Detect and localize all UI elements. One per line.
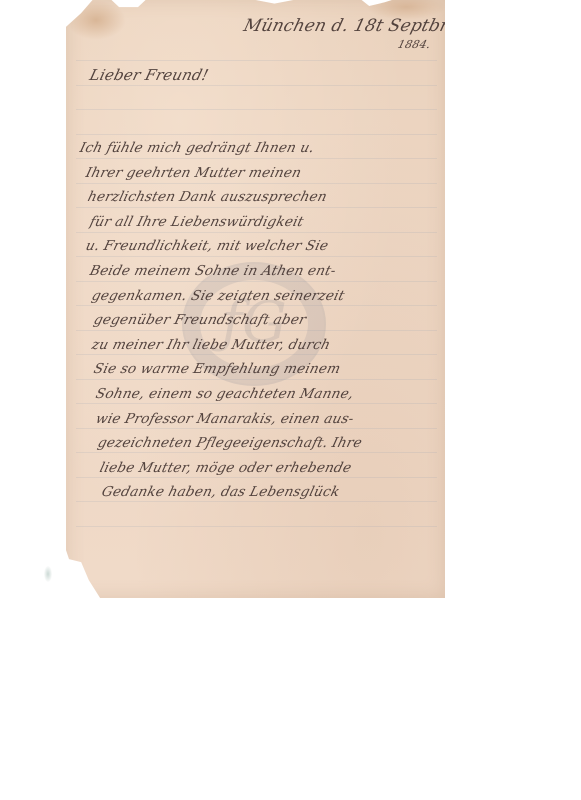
ruled-line	[76, 501, 437, 502]
letter-sheet: ƒG München d. 18t Septbr 1884. Lieber Fr…	[66, 0, 445, 598]
paper-stain	[66, 0, 126, 40]
ruled-line	[76, 85, 437, 86]
letter-body-line: Ich fühle mich gedrängt Ihnen u.	[78, 140, 432, 156]
letter-body-line: Sohne, einem so geachteten Manne,	[94, 386, 448, 402]
letter-year: 1884.	[396, 38, 432, 51]
letter-body-line: liebe Mutter, möge oder erhebende	[98, 460, 452, 476]
letter-body-line: für all Ihre Liebenswürdigkeit	[88, 214, 442, 230]
letter-body-line: zu meiner Ihr liebe Mutter, durch	[90, 337, 444, 353]
letter-salutation: Lieber Freund!	[88, 66, 211, 84]
ruled-line	[76, 158, 437, 159]
ruled-line	[76, 134, 437, 135]
ruled-line	[76, 207, 437, 208]
ruled-line	[76, 109, 437, 110]
letter-body-line: gegenkamen. Sie zeigten seinerzeit	[90, 288, 444, 304]
letter-body-line: herzlichsten Dank auszusprechen	[86, 189, 440, 205]
letter-body-line: u. Freundlichkeit, mit welcher Sie	[84, 238, 438, 254]
letter-body-line: Beide meinem Sohne in Athen ent-	[88, 263, 442, 279]
ruled-line	[76, 477, 437, 478]
ruled-line	[76, 256, 437, 257]
scan-background: ƒG München d. 18t Septbr 1884. Lieber Fr…	[0, 0, 581, 800]
ruled-line	[76, 428, 437, 429]
letter-place-date: München d. 18t Septbr	[242, 16, 451, 36]
letter-body-line: gegenüber Freundschaft aber	[92, 312, 446, 328]
letter-body-line: Sie so warme Empfehlung meinem	[92, 361, 446, 377]
ruled-line	[76, 183, 437, 184]
ruled-line	[76, 526, 437, 527]
ruled-line	[76, 232, 437, 233]
ruled-line	[76, 403, 437, 404]
ruled-line	[76, 60, 437, 61]
letter-body-line: Ihrer geehrten Mutter meinen	[84, 165, 438, 181]
letter-body-line: gezeichneten Pflegeeigenschaft. Ihre	[96, 435, 450, 451]
letter-body-line: wie Professor Manarakis, einen aus-	[94, 411, 448, 427]
ruled-line	[76, 452, 437, 453]
paper-stain	[44, 566, 52, 582]
letter-body-line: Gedanke haben, das Lebensglück	[100, 484, 454, 500]
